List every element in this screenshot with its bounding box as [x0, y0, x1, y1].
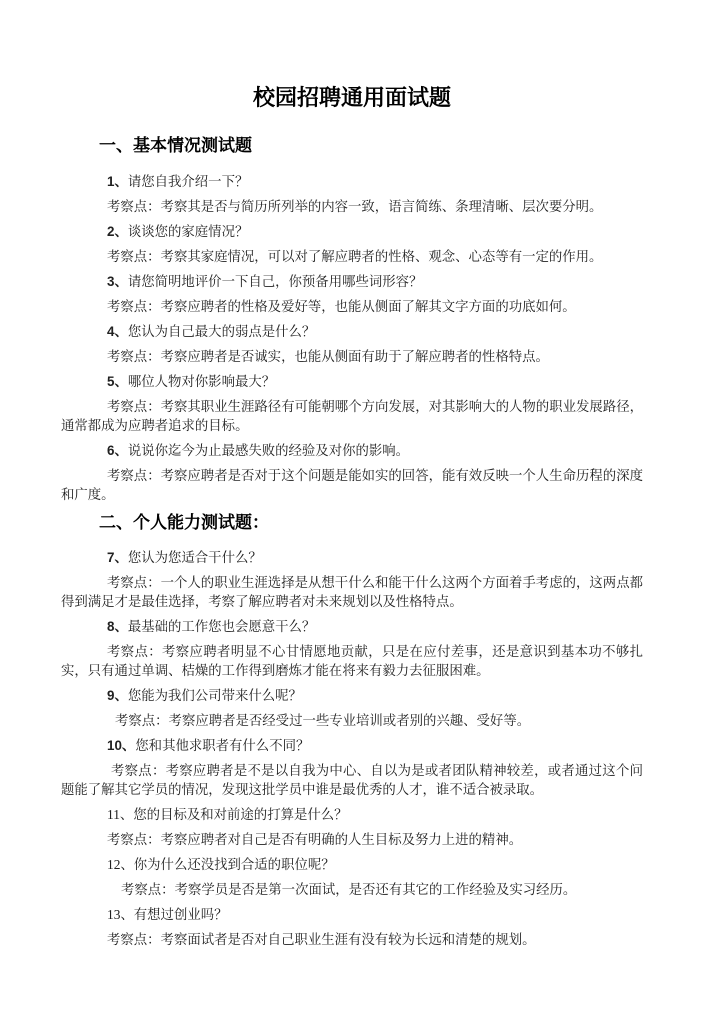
question-number-7: 7、: [107, 550, 128, 565]
assessment-point-6: 考察点：考察应聘者是否对于这个问题是能如实的回答，能有效反映一个人生命历程的深度…: [61, 466, 643, 504]
page-title: 校园招聘通用面试题: [61, 83, 643, 113]
question-text-2: 谈谈您的家庭情况？: [128, 224, 249, 239]
question-number-9: 9、: [107, 688, 128, 703]
assessment-point-8: 考察点：考察应聘者明显不心甘情愿地贡献，只是在应付差事，还是意识到基本功不够扎实…: [61, 642, 643, 680]
section-heading-2: 二、个人能力测试题：: [61, 510, 643, 536]
question-number-5: 5、: [107, 374, 128, 389]
assessment-point-13: 考察点：考察面试者是否对自己职业生涯有没有较为长远和清楚的规划。: [61, 930, 643, 949]
question-line-6: 6、说说你迄今为止最感失败的经验及对你的影响。: [61, 441, 643, 460]
question-line-11: 11、您的目标及和对前途的打算是什么？: [61, 805, 643, 824]
question-number-13: 13、: [107, 907, 134, 922]
question-line-5: 5、哪位人物对你影响最大？: [61, 372, 643, 391]
question-text-9: 您能为我们公司带来什么呢？: [128, 688, 302, 703]
question-number-6: 6、: [107, 443, 128, 458]
question-text-7: 您认为您适合干什么？: [128, 550, 262, 565]
question-line-10: 10、您和其他求职者有什么不同？: [61, 736, 643, 755]
question-text-11: 您的目标及和对前途的打算是什么？: [133, 807, 347, 822]
assessment-point-11: 考察点：考察应聘者对自己是否有明确的人生目标及努力上进的精神。: [61, 830, 643, 849]
question-text-13: 有想过创业吗？: [134, 907, 228, 922]
assessment-point-9: 考察点：考察应聘者是否经受过一些专业培训或者别的兴趣、受好等。: [61, 711, 643, 730]
question-line-8: 8、最基础的工作您也会愿意干么？: [61, 617, 643, 636]
question-line-13: 13、有想过创业吗？: [61, 905, 643, 924]
section-heading-1: 一、基本情况测试题: [61, 133, 643, 159]
question-text-10: 您和其他求职者有什么不同？: [135, 738, 309, 753]
question-number-3: 3、: [107, 274, 128, 289]
document-page: 校园招聘通用面试题 一、基本情况测试题 1、请您自我介绍一下？ 考察点：考察其是…: [0, 0, 721, 1020]
question-text-4: 您认为自己最大的弱点是什么？: [128, 324, 315, 339]
assessment-point-7: 考察点：一个人的职业生涯选择是从想干什么和能干什么这两个方面着手考虑的，这两点都…: [61, 573, 643, 611]
question-number-2: 2、: [107, 224, 128, 239]
question-line-3: 3、请您简明地评价一下自己，你预备用哪些词形容？: [61, 272, 643, 291]
question-number-1: 1、: [107, 174, 128, 189]
question-line-1: 1、请您自我介绍一下？: [61, 172, 643, 191]
question-line-9: 9、您能为我们公司带来什么呢？: [61, 686, 643, 705]
question-number-4: 4、: [107, 324, 128, 339]
question-number-10: 10、: [107, 738, 135, 753]
assessment-point-10: 考察点：考察应聘者是不是以自我为中心、自以为是或者团队精神较差，或者通过这个问题…: [61, 761, 643, 799]
assessment-point-12: 考察点：考察学员是否是第一次面试，是否还有其它的工作经验及实习经历。: [61, 880, 643, 899]
assessment-point-5: 考察点：考察其职业生涯路径有可能朝哪个方向发展，对其影响大的人物的职业发展路径，…: [61, 397, 643, 435]
question-text-3: 请您简明地评价一下自己，你预备用哪些词形容？: [128, 274, 423, 289]
question-line-4: 4、您认为自己最大的弱点是什么？: [61, 322, 643, 341]
question-line-12: 12、你为什么还没找到合适的职位呢？: [61, 855, 643, 874]
question-number-12: 12、: [107, 857, 134, 872]
question-text-1: 请您自我介绍一下？: [128, 174, 249, 189]
question-text-12: 你为什么还没找到合适的职位呢？: [134, 857, 335, 872]
question-number-11: 11、: [107, 807, 133, 822]
question-text-5: 哪位人物对你影响最大？: [128, 374, 275, 389]
question-text-6: 说说你迄今为止最感失败的经验及对你的影响。: [128, 443, 409, 458]
assessment-point-1: 考察点：考察其是否与简历所列举的内容一致，语言简练、条理清晰、层次要分明。: [61, 197, 643, 216]
question-text-8: 最基础的工作您也会愿意干么？: [128, 619, 315, 634]
document-content: 校园招聘通用面试题 一、基本情况测试题 1、请您自我介绍一下？ 考察点：考察其是…: [61, 83, 643, 949]
assessment-point-3: 考察点：考察应聘者的性格及爱好等，也能从侧面了解其文字方面的功底如何。: [61, 297, 643, 316]
assessment-point-2: 考察点：考察其家庭情况，可以对了解应聘者的性格、观念、心态等有一定的作用。: [61, 247, 643, 266]
question-number-8: 8、: [107, 619, 128, 634]
question-line-7: 7、您认为您适合干什么？: [61, 548, 643, 567]
assessment-point-4: 考察点：考察应聘者是否诚实，也能从侧面有助于了解应聘者的性格特点。: [61, 347, 643, 366]
question-line-2: 2、谈谈您的家庭情况？: [61, 222, 643, 241]
